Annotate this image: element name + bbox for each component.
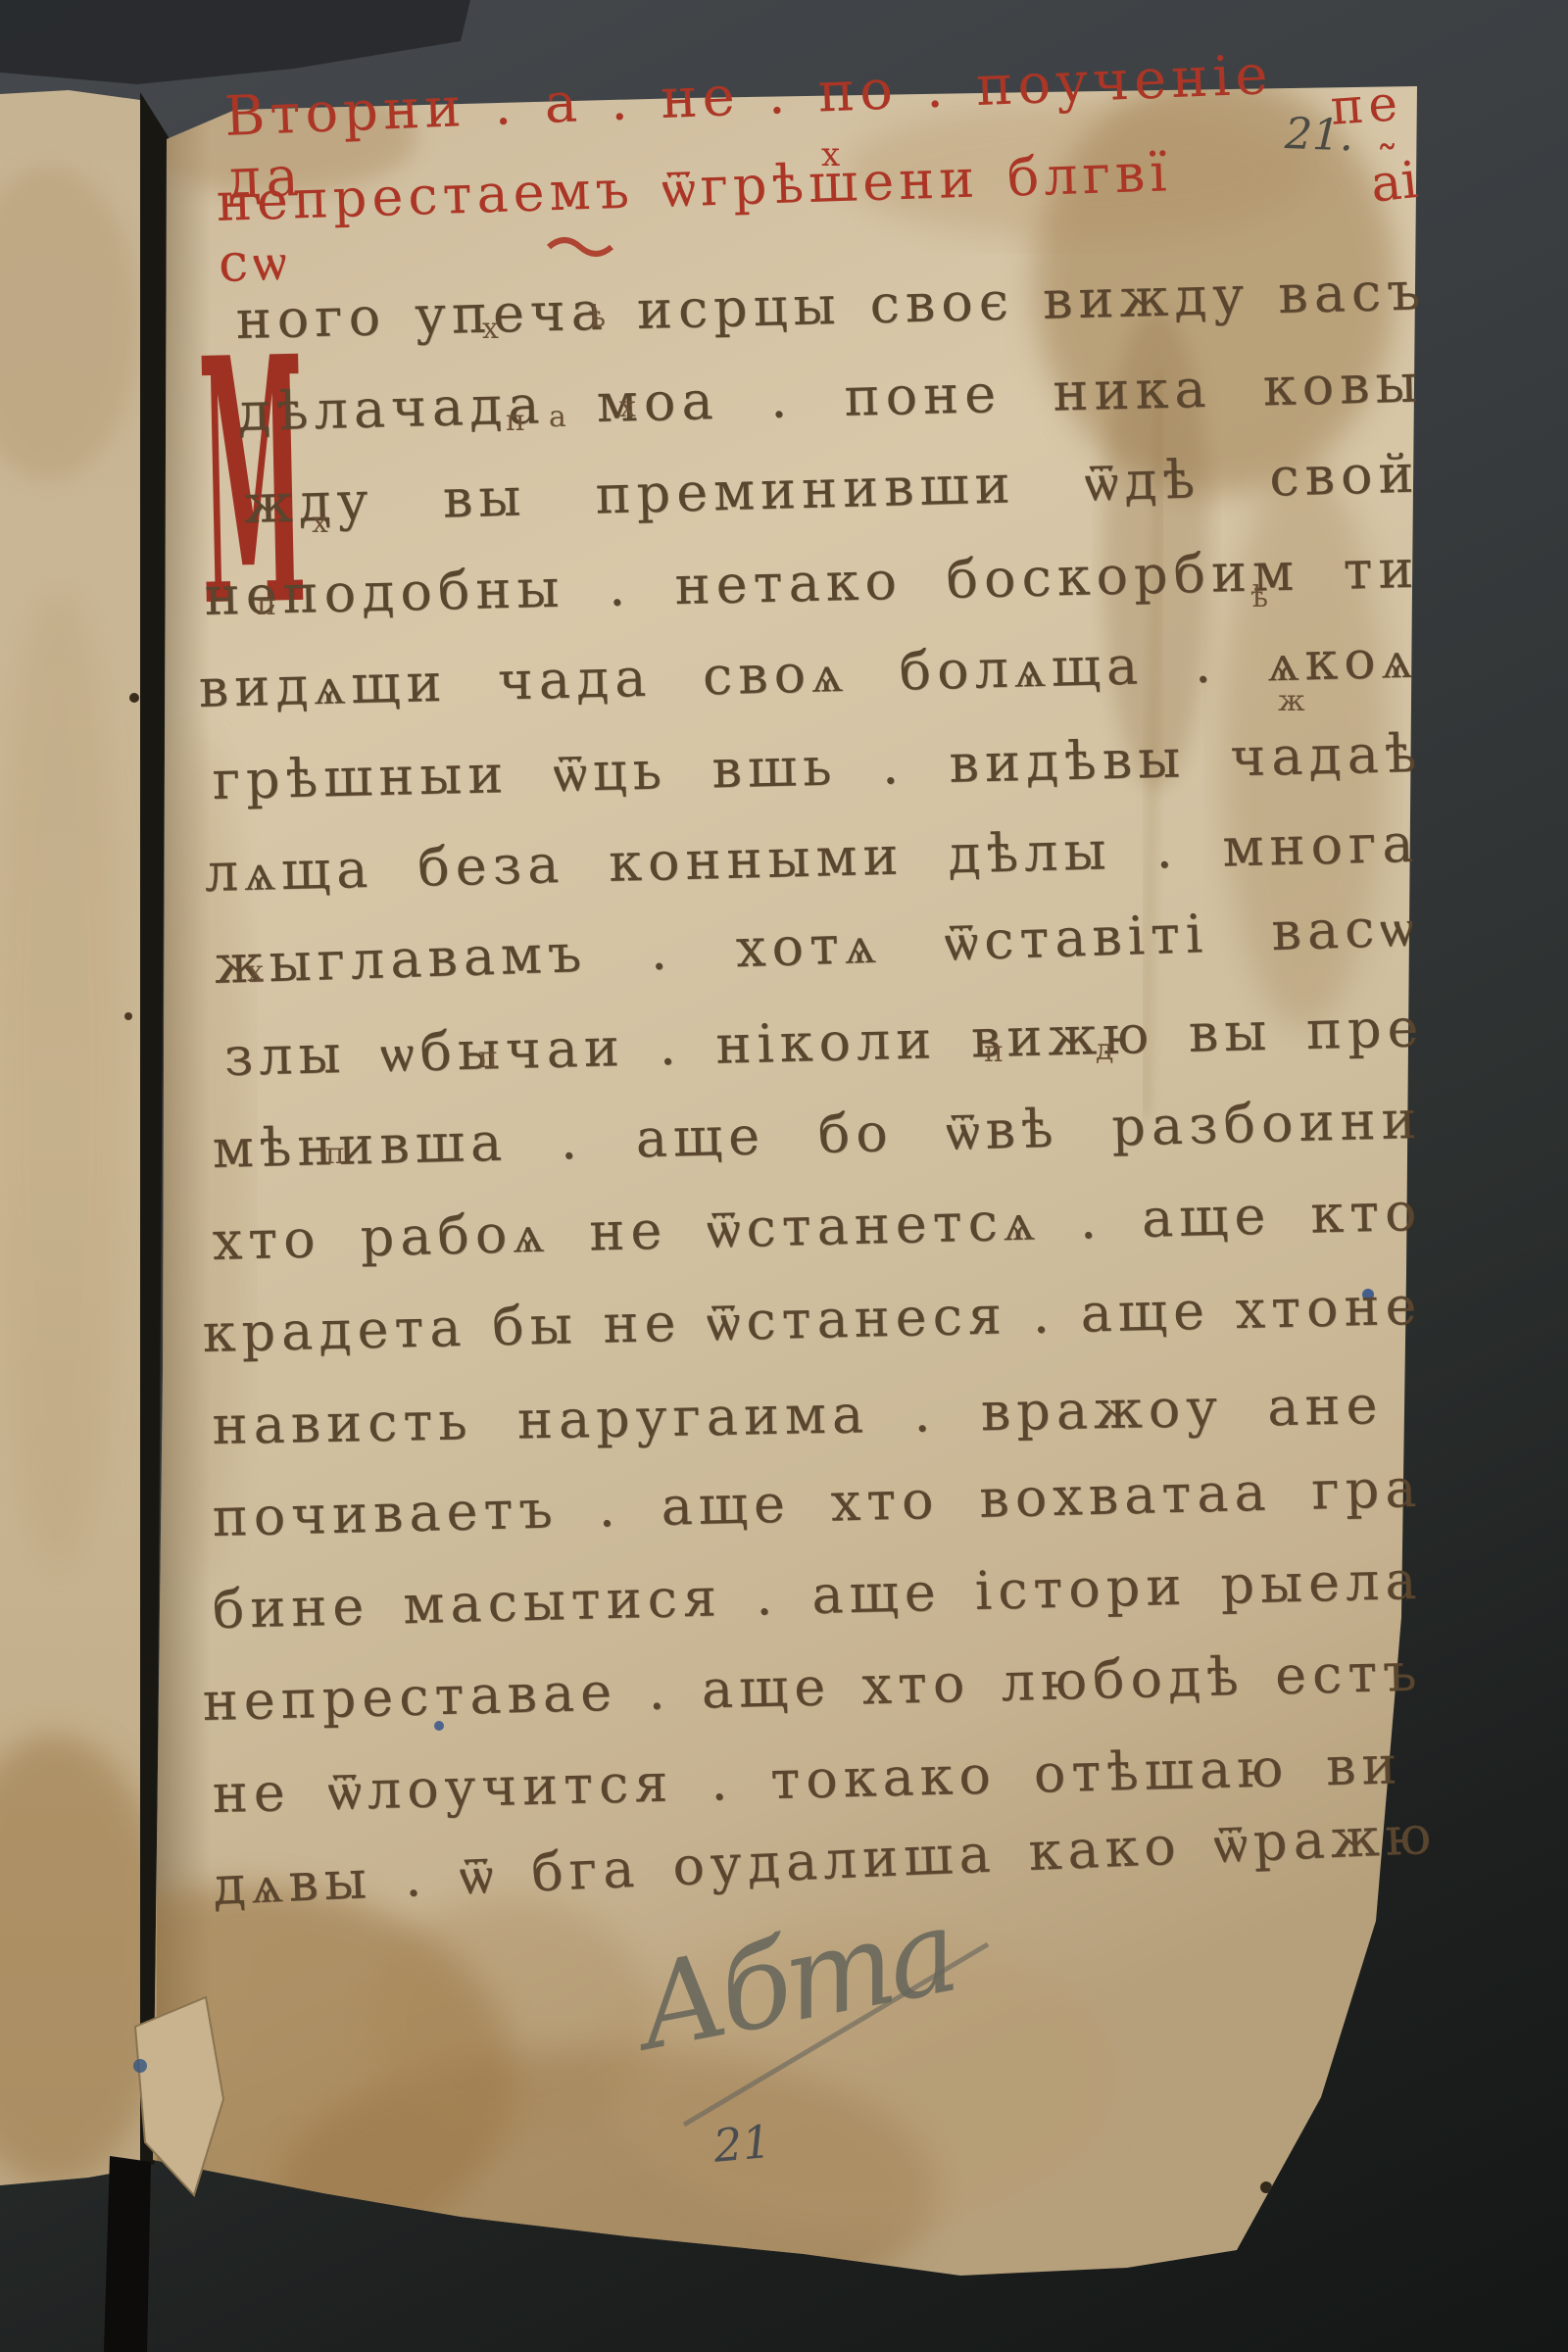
superscript-mark: ѣ — [588, 300, 606, 334]
superscript-mark: п — [325, 1137, 345, 1171]
superscript-mark: х — [821, 135, 840, 174]
superscript-mark: х — [312, 506, 328, 540]
binding-edge — [0, 0, 470, 84]
superscript-mark: д — [1096, 1033, 1113, 1067]
manuscript-photo: Вторни . а . не . по . поученіе да пе 21… — [0, 0, 1568, 2352]
ink-speck — [1260, 2181, 1272, 2193]
superscript-mark: а — [549, 400, 566, 434]
gutter-lower — [104, 2156, 151, 2352]
superscript-mark: ѣ — [1250, 580, 1268, 614]
ink-speck — [1309, 2234, 1317, 2242]
superscript-mark: п — [478, 1041, 498, 1075]
superscript-mark: п — [984, 1035, 1004, 1069]
ink-speck — [1289, 2212, 1298, 2222]
superscript-mark: х — [247, 955, 264, 989]
superscript-mark: х — [482, 312, 499, 346]
blue-ink-speck — [133, 2059, 147, 2073]
bottom-page-number: 21 — [711, 2116, 773, 2173]
folio-number-pencil: 21. — [1284, 110, 1354, 162]
superscript-mark: ж — [1278, 684, 1305, 718]
superscript-mark: х — [619, 390, 636, 424]
superscript-mark: п — [257, 588, 276, 622]
superscript-mark: п — [506, 404, 525, 438]
folio-number-cyrillic: аі — [1368, 152, 1421, 215]
